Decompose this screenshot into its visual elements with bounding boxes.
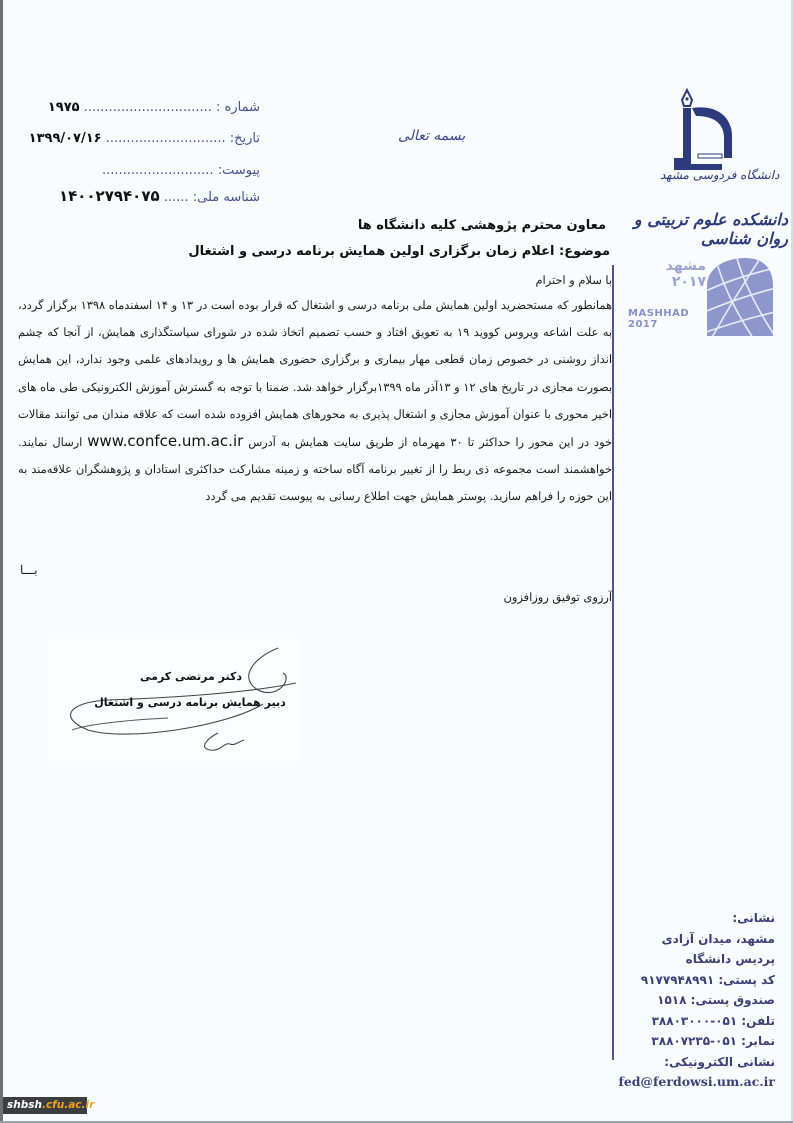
letter-body: با سلام و احترام همانطور که مستحضرید اول… bbox=[18, 268, 612, 511]
letter-number-label: شماره : bbox=[216, 100, 260, 115]
letter-ba: بـــا bbox=[20, 563, 38, 577]
conference-logo bbox=[705, 256, 775, 336]
postal-code-row: کد پستی: ۹۱۷۷۹۴۸۹۹۱ bbox=[618, 970, 775, 991]
letter-date-row: تاریخ: ............................. ۱۳۹… bbox=[29, 131, 260, 146]
letter-number-value: ۱۹۷۵ bbox=[48, 100, 80, 115]
letter-attachment-label: پیوست: bbox=[218, 163, 260, 178]
po-box: ۱۵۱۸ bbox=[657, 993, 686, 1007]
email-address[interactable]: fed@ferdowsi.um.ac.ir bbox=[618, 1072, 775, 1093]
page-border-left bbox=[0, 0, 3, 1123]
fax-row: نمابر: ۰۵۱-۳۸۸۰۷۲۳۵ bbox=[618, 1031, 775, 1052]
conference-logo-text: مشهد ۲۰۱۷ ​​​ MASHHAD 2017 ​ bbox=[628, 258, 706, 330]
signer-title: دبیر همایش برنامه درسی و اشتغال bbox=[48, 696, 300, 709]
address-label: نشانی: bbox=[618, 908, 775, 929]
basmala-calligraphy: بسمه تعالی bbox=[398, 128, 465, 144]
letter-date-value: ۱۳۹۹/۰۷/۱۶ bbox=[29, 131, 102, 146]
national-id-label: شناسه ملی: bbox=[193, 190, 260, 205]
letter-number-row: شماره : ............................... … bbox=[48, 100, 260, 115]
address-block: نشانی: مشهد، میدان آزادی پردیس دانشگاه ک… bbox=[618, 908, 775, 1093]
address-line-2: پردیس دانشگاه bbox=[618, 949, 775, 970]
signature-block: دکتر مرتضی کرمی دبیر همایش برنامه درسی و… bbox=[48, 638, 300, 762]
margin-line bbox=[612, 265, 614, 1060]
phone-number: ۰۵۱-۳۸۸۰۳۰۰۰ bbox=[652, 1014, 738, 1028]
signer-name: دکتر مرتضی کرمی bbox=[48, 670, 300, 683]
address-line-1: مشهد، میدان آزادی bbox=[618, 929, 775, 950]
letter-recipient: معاون محترم پژوهشی کلیه دانشگاه ها bbox=[358, 218, 606, 233]
conference-website-link[interactable]: www.confce.um.ac.ir bbox=[87, 432, 243, 450]
globe-dome-icon bbox=[705, 256, 775, 336]
letter-paragraph: همانطور که مستحضرید اولین همایش ملی برنا… bbox=[18, 292, 612, 511]
email-label: نشانی الکترونیکی: bbox=[618, 1052, 775, 1073]
national-id-row: شناسه ملی: ...... ۱۴۰۰۲۷۹۴۰۷۵ bbox=[59, 187, 260, 205]
postal-code: ۹۱۷۷۹۴۸۹۹۱ bbox=[641, 973, 714, 987]
letter-closing: آرزوی توفیق روزافزون bbox=[503, 590, 612, 604]
letter-date-label: تاریخ: bbox=[230, 131, 260, 146]
university-name: دانشگاه فردوسی مشهد bbox=[660, 168, 779, 182]
national-id-value: ۱۴۰۰۲۷۹۴۰۷۵ bbox=[59, 187, 160, 205]
letter-greeting: با سلام و احترام bbox=[18, 268, 612, 292]
po-box-row: صندوق پستی: ۱۵۱۸ bbox=[618, 990, 775, 1011]
phone-row: تلفن: ۰۵۱-۳۸۸۰۳۰۰۰ bbox=[618, 1011, 775, 1032]
site-watermark: shbsh.cfu.ac.ir bbox=[3, 1097, 87, 1114]
fax-number: ۰۵۱-۳۸۸۰۷۲۳۵ bbox=[651, 1034, 737, 1048]
letter-attachment-row: پیوست: ........................... bbox=[102, 163, 260, 178]
letter-subject: موضوع: اعلام زمان برگزاری اولین همایش بر… bbox=[188, 244, 610, 259]
faculty-name: دانشکده علوم تربیتی و روان شناسی bbox=[600, 210, 788, 248]
